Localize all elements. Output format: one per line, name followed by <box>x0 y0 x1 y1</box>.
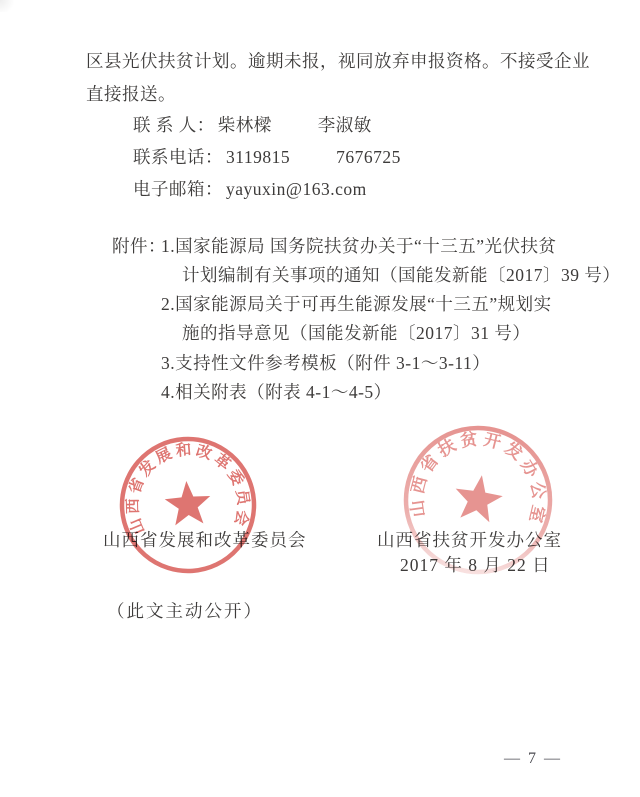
star-icon <box>451 472 505 524</box>
star-icon <box>164 479 213 525</box>
email-address: yayuxin@163.com <box>226 179 367 200</box>
attachment-line: 计划编制有关事项的通知（国能发新能〔2017〕39 号） <box>182 262 620 287</box>
scan-corner-smudge <box>0 0 14 12</box>
contact-person-line: 联 系 人：柴林樑李淑敏 <box>133 112 372 137</box>
contact-name-2: 李淑敏 <box>318 112 372 137</box>
disclosure-note: （此文主动公开） <box>107 598 263 623</box>
seal-poverty-alleviation-office: 山西省扶贫开发办公室 <box>384 406 572 594</box>
contact-name-1: 柴林樑 <box>218 112 272 137</box>
attachment-line: 3.支持性文件参考模板（附件 3-1～3-11） <box>161 350 490 375</box>
phone-number-2: 7676725 <box>336 147 401 168</box>
attachment-line: 1.国家能源局 国务院扶贫办关于“十三五”光伏扶贫 <box>161 233 557 258</box>
attachment-line: 施的指导意见（国能发新能〔2017〕31 号） <box>182 320 530 345</box>
seal-development-reform-commission: 山西省发展和改革委员会 <box>108 425 268 585</box>
contact-email-line: 电子邮箱：yayuxin@163.com <box>133 176 367 201</box>
contact-phone-label: 联系电话： <box>133 147 223 167</box>
body-line: 区县光伏扶贫计划。逾期未报，视同放弃申报资格。不接受企业 <box>86 48 590 73</box>
attachments-label: 附件： <box>112 233 166 258</box>
attachment-line: 2.国家能源局关于可再生能源发展“十三五”规划实 <box>161 291 552 316</box>
contact-person-label: 联 系 人： <box>133 115 215 135</box>
phone-number-1: 3119815 <box>226 147 290 168</box>
contact-phone-line: 联系电话：31198157676725 <box>133 144 401 169</box>
contact-email-label: 电子邮箱： <box>133 179 223 199</box>
attachment-line: 4.相关附表（附表 4-1～4-5） <box>161 379 392 404</box>
body-line: 直接报送。 <box>86 81 176 106</box>
page-number: — 7 — <box>504 750 562 768</box>
document-page: 区县光伏扶贫计划。逾期未报，视同放弃申报资格。不接受企业 直接报送。 联 系 人… <box>0 0 640 797</box>
